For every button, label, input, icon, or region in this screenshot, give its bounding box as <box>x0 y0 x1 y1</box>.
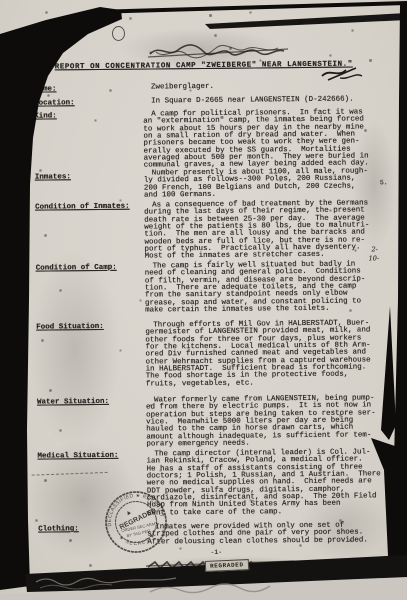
field-condition-of-camp: Condition of Camp: The camp is fairly we… <box>0 261 407 265</box>
field-value: As a consequence of bad treatment by the… <box>144 200 403 261</box>
field-water-situation: Water Situation: Water formerly came fro… <box>1 395 407 399</box>
handwritten-scribble <box>146 38 296 64</box>
pencil-scribble-backing <box>148 582 288 598</box>
field-label: Water Situation: <box>37 398 147 407</box>
stamp-arrow-icon: ▲ <box>125 509 132 517</box>
field-label: Inmates: <box>35 173 145 182</box>
field-value: The camp is fairly well situated but bad… <box>145 261 403 315</box>
field-value: Water formerly came from LANGENSTEIN, be… <box>146 395 404 449</box>
field-label: Name: <box>34 85 144 94</box>
field-location: Location: In Square D-2665 near LANGENST… <box>0 96 405 100</box>
photo-of-document: REPORT ON CONCENTRATION CAMP "ZWEIBERGE"… <box>0 0 407 600</box>
field-value: A camp for political prisoners. In fact … <box>143 109 402 170</box>
field-value: In Square D-2665 near LANGENSTEIN (D-242… <box>143 96 401 106</box>
page-number: -1- <box>210 549 222 556</box>
typed-text-layer: REPORT ON CONCENTRATION CAMP "ZWEIBERGE"… <box>0 0 407 600</box>
field-label: Condition of Inmates: <box>35 203 145 212</box>
handwritten-margin-note: 2- <box>371 245 377 253</box>
field-value: The camp director (internal leader) is C… <box>146 449 405 518</box>
field-label: Food Situation: <box>36 323 146 332</box>
pencil-dash-mark <box>32 472 108 476</box>
ink-check-mark <box>320 64 364 84</box>
regraded-stamp-box: REGRADED <box>205 559 249 572</box>
field-value: Through efforts of Mil Gov in HALBERSTAD… <box>145 320 404 389</box>
field-medical-situation: Medical Situation: The camp director (in… <box>1 449 407 453</box>
noise-speckles <box>0 0 1 1</box>
field-label: Medical Situation: <box>37 452 147 461</box>
handwritten-margin-note: 10- <box>369 254 380 262</box>
field-condition-of-inmates: Condition of Inmates: As a consequence o… <box>0 200 406 204</box>
field-inmates: Inmates: Number presently is about 1100,… <box>0 168 406 172</box>
margin-note: 5. <box>380 179 388 186</box>
declassification-stamp: DECLASSIFIED ★ RESTRICTED ★ SECRET ★ ▲ R… <box>89 475 184 570</box>
field-label: Location: <box>34 99 144 108</box>
field-value: Inmates were provided with only one set … <box>147 522 405 547</box>
regraded-stamp-label: REGRADED <box>210 561 244 569</box>
field-kind: Kind: A camp for political prisoners. In… <box>0 109 405 113</box>
field-food-situation: Food Situation: Through efforts of Mil G… <box>0 320 407 324</box>
field-label: Kind: <box>34 112 144 121</box>
field-label: Condition of Camp: <box>36 264 146 273</box>
field-clothing: Clothing: Inmates were provided with onl… <box>2 522 407 526</box>
handwritten-circle-mark <box>112 26 125 41</box>
field-value: Number presently is about 1100, all male… <box>144 168 402 200</box>
